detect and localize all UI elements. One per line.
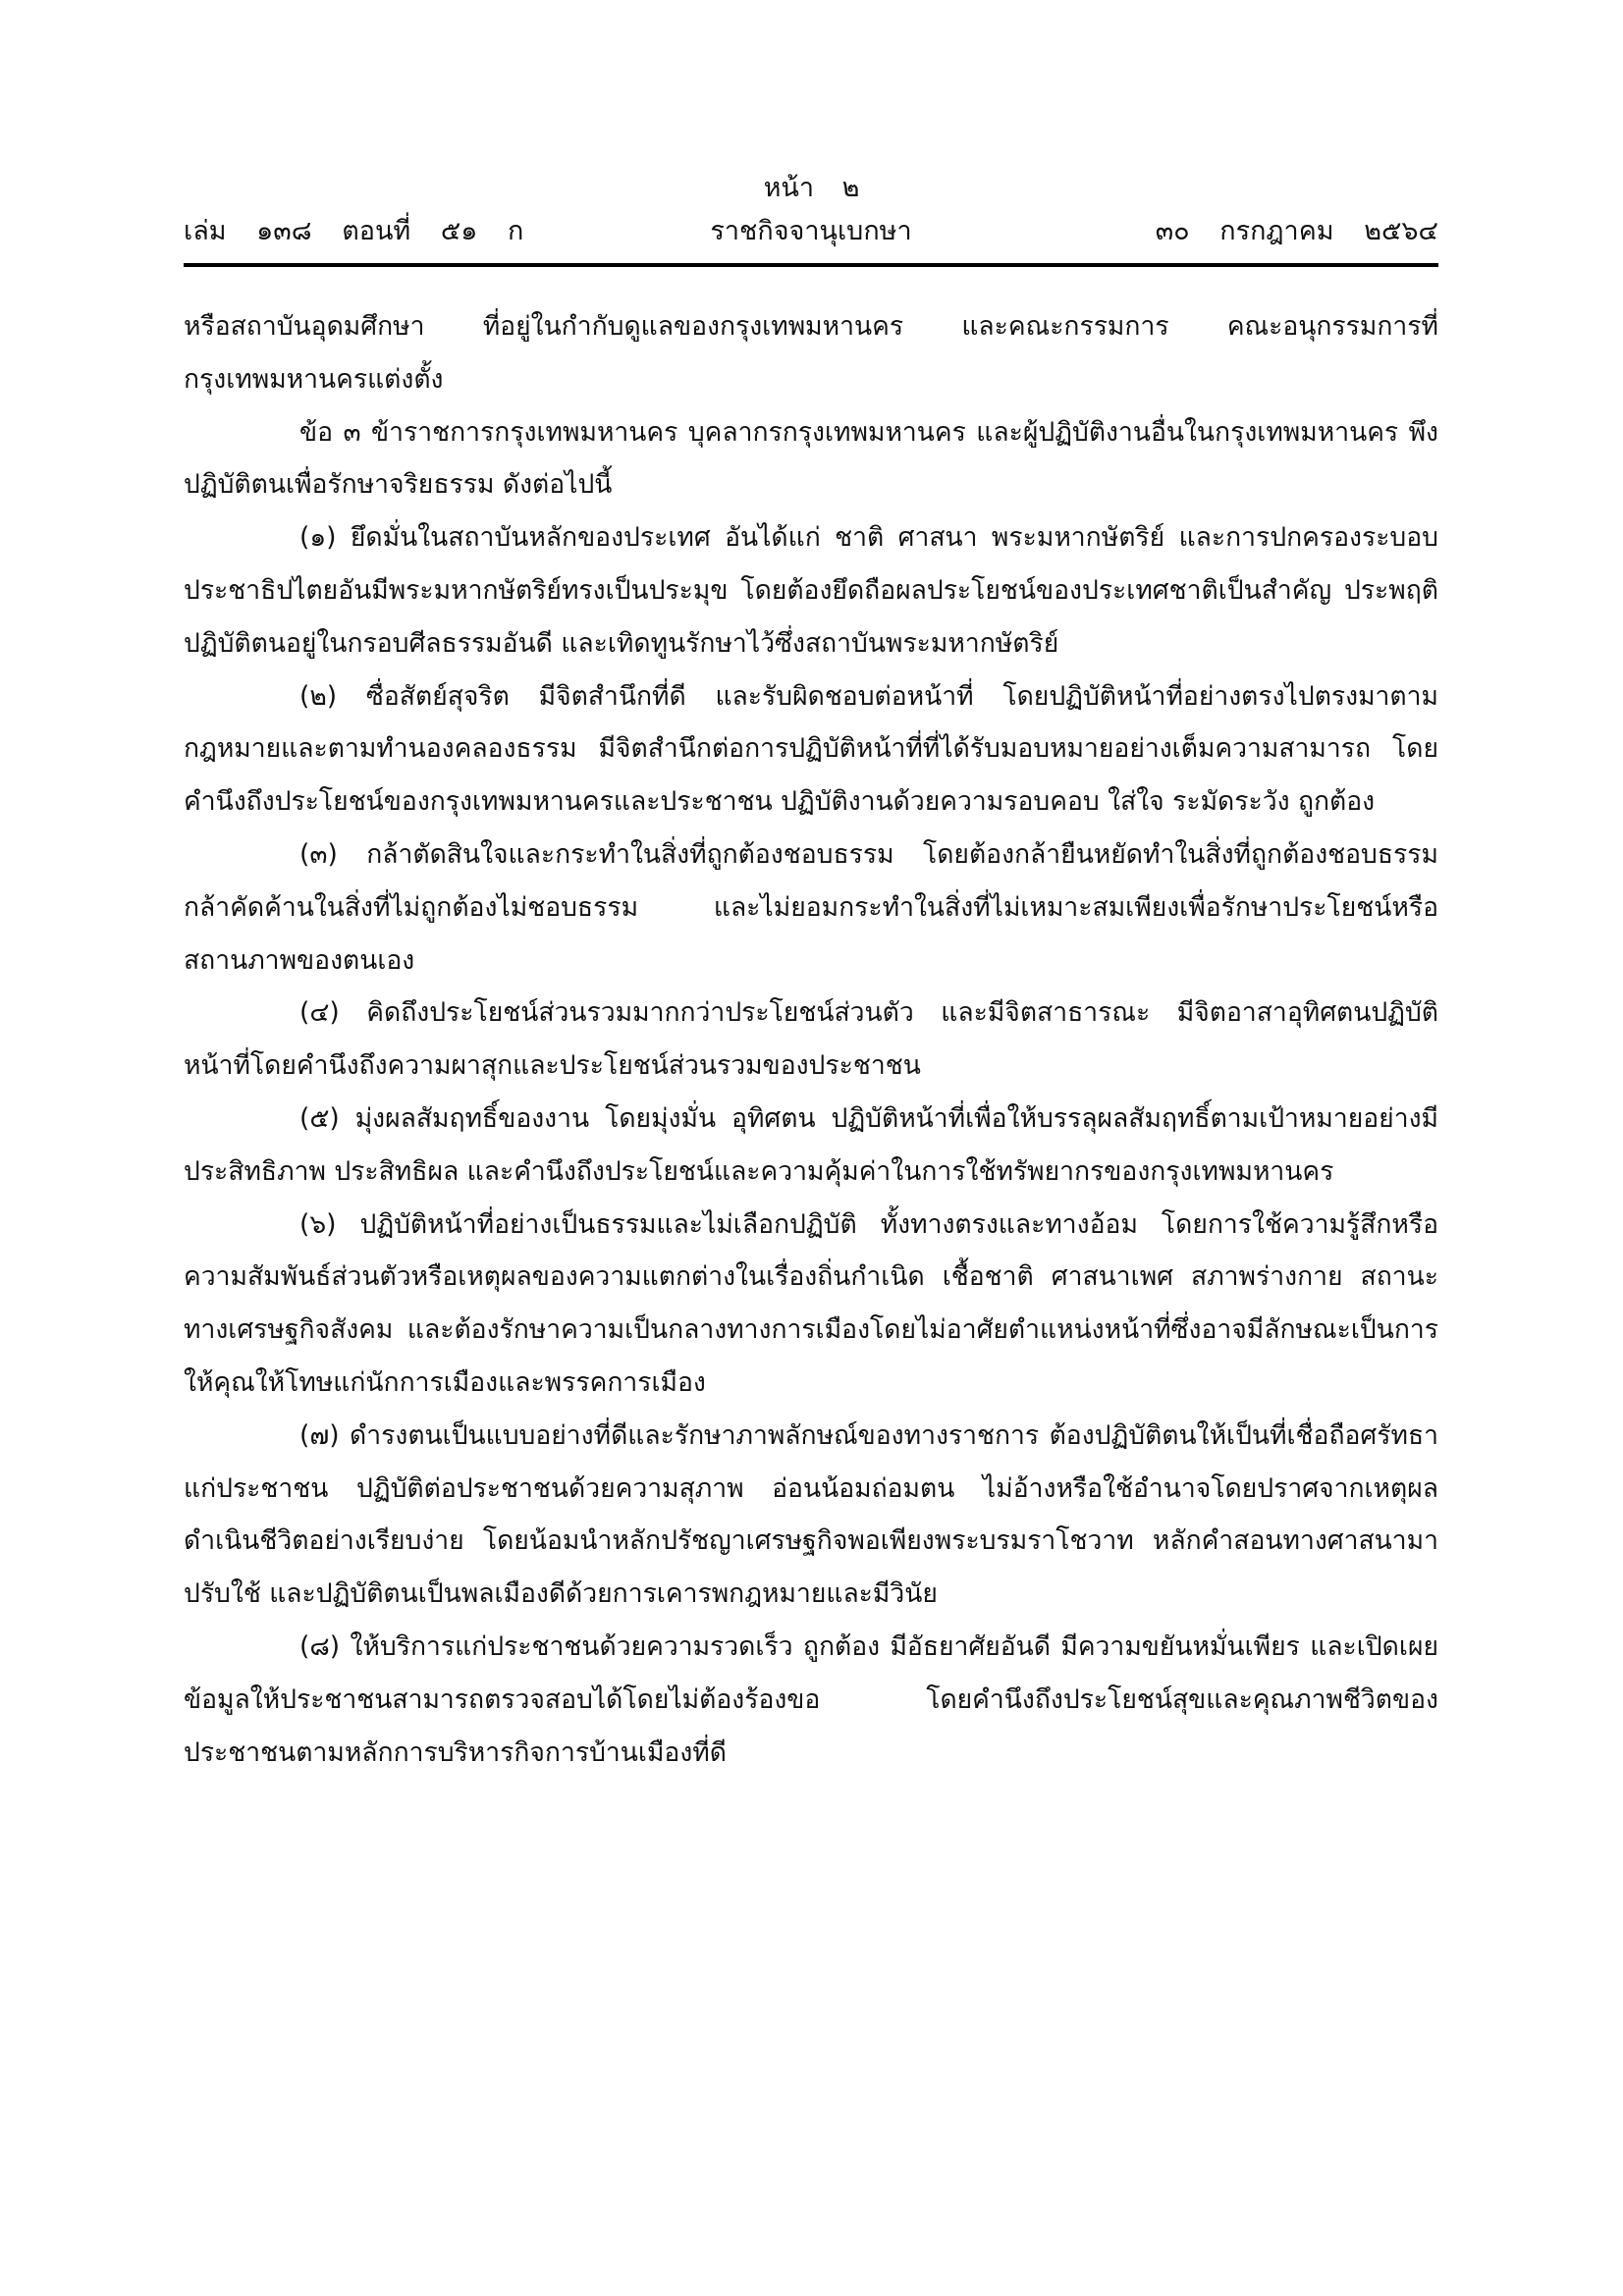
paragraph-item-3: (๓) กล้าตัดสินใจและกระทำในสิ่งที่ถูกต้อง… <box>184 828 1438 987</box>
date-day: ๓๐ <box>1156 216 1190 246</box>
date-month: กรกฎาคม <box>1219 216 1333 246</box>
document-body: หรือสถาบันอุดมศึกษา ที่อยู่ในกำกับดูแลขอ… <box>184 300 1438 1779</box>
paragraph-item-8: (๘) ให้บริการแก่ประชาชนด้วยความรวดเร็ว ถ… <box>184 1621 1438 1779</box>
paragraph-clause-3: ข้อ ๓ ข้าราชการกรุงเทพมหานคร บุคลากรกรุง… <box>184 406 1438 512</box>
paragraph-item-7: (๗) ดำรงตนเป็นแบบอย่างที่ดีและรักษาภาพลั… <box>184 1410 1438 1621</box>
header-divider <box>184 263 1438 267</box>
paragraph-item-2: (๒) ซื่อสัตย์สุจริต มีจิตสำนึกที่ดี และร… <box>184 670 1438 828</box>
gazette-header: เล่ม ๑๓๘ ตอนที่ ๕๑ ก ราชกิจจานุเบกษา ๓๐ … <box>184 210 1438 253</box>
date-year: ๒๕๖๔ <box>1364 216 1438 246</box>
header-date: ๓๐ กรกฎาคม ๒๕๖๔ <box>1134 210 1438 253</box>
paragraph-item-6: (๖) ปฏิบัติหน้าที่อย่างเป็นธรรมและไม่เลื… <box>184 1199 1438 1410</box>
paragraph-item-4: (๔) คิดถึงประโยชน์ส่วนรวมมากกว่าประโยชน์… <box>184 987 1438 1093</box>
page-label: หน้า <box>764 173 814 203</box>
paragraph-item-1: (๑) ยึดมั่นในสถาบันหลักของประเทศ อันได้แ… <box>184 511 1438 669</box>
page-number: หน้า ๒ <box>0 169 1623 208</box>
page-number-value: ๒ <box>842 173 860 203</box>
paragraph-continuation: หรือสถาบันอุดมศึกษา ที่อยู่ในกำกับดูแลขอ… <box>184 300 1438 406</box>
paragraph-item-5: (๕) มุ่งผลสัมฤทธิ์ของงาน โดยมุ่งมั่น อุท… <box>184 1093 1438 1199</box>
